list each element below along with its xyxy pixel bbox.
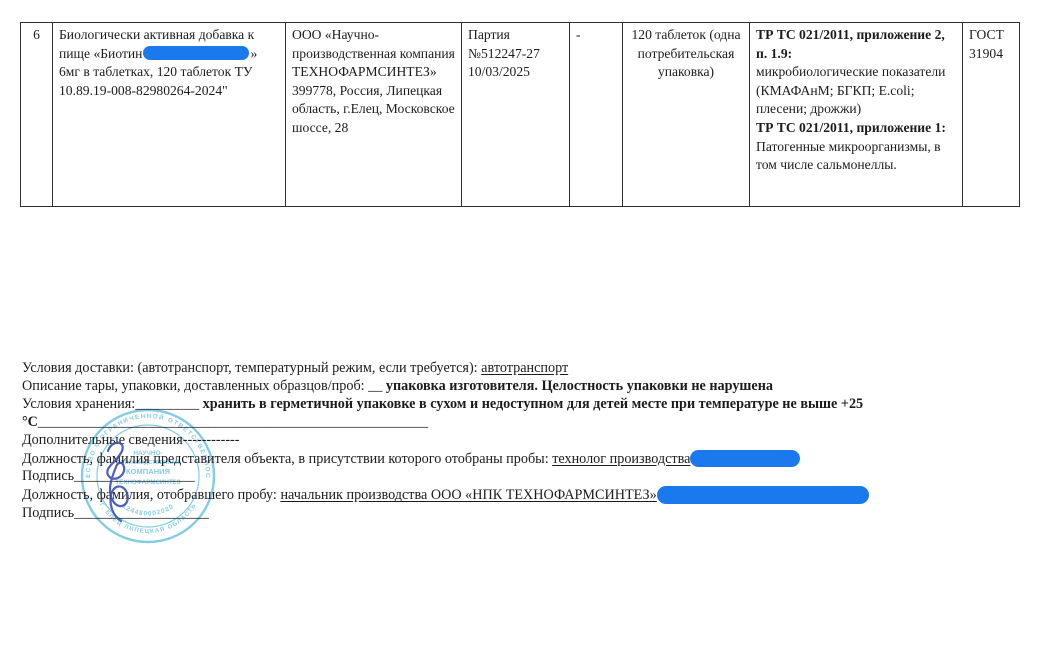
delivery-conditions-value: автотранспорт [481, 360, 568, 376]
requirement-2-body: Патогенные микроорганизмы, в том числе с… [756, 138, 956, 175]
manufacturer-cell: ООО «Научно-производственная компания ТЕ… [286, 23, 462, 207]
batch-text: Партия №512247-27 10/03/2025 [468, 27, 540, 79]
packaging-description-value: упаковка изготовителя. Целостность упако… [386, 378, 773, 394]
storage-temperature-line: °С______________________________________… [22, 414, 1032, 432]
manufacturer-text: ООО «Научно-производственная компания ТЕ… [292, 27, 455, 135]
representative-line: Должность, фамилия представителя объекта… [22, 450, 1032, 469]
delivery-conditions-line: Условия доставки: (автотранспорт, темпер… [22, 360, 1032, 378]
dash-text: - [576, 27, 581, 42]
signature-label-1: Подпись [22, 468, 74, 484]
signature-line-1: Подпись_________________ [22, 468, 1032, 486]
product-cell: Биологически активная добавка к пище «Би… [53, 23, 286, 207]
packaging-description-line: Описание тары, упаковки, доставленных об… [22, 378, 1032, 396]
storage-conditions-line: Условия хранения:_________ хранить в гер… [22, 396, 1032, 414]
delivery-conditions-label: Условия доставки: (автотранспорт, темпер… [22, 360, 481, 376]
degrees-celsius: °С [22, 414, 38, 430]
row-number-cell: 6 [21, 23, 53, 207]
redaction-box-product [143, 46, 249, 60]
storage-rule: _________ [135, 396, 199, 412]
storage-conditions-label: Условия хранения: [22, 396, 135, 412]
requirement-1-title: ТР ТС 021/2011, приложение 2, п. 1.9: [756, 26, 956, 63]
requirement-1-body: микробиологические показатели (КМАФАнМ; … [756, 63, 956, 119]
storage-conditions-value: хранить в герметичной упаковке в сухом и… [199, 396, 863, 412]
gost-text: ГОСТ 31904 [969, 27, 1004, 61]
sampler-label: Должность, фамилия, отобравшего пробу: [22, 487, 280, 503]
representative-value: технолог производства [552, 451, 690, 467]
batch-cell: Партия №512247-27 10/03/2025 [462, 23, 570, 207]
row-number: 6 [33, 27, 40, 42]
additional-info-line: Дополнительные сведения------------ [22, 432, 1032, 450]
quantity-cell: 120 таблеток (одна потребительская упако… [623, 23, 750, 207]
sampler-value: начальник производства ООО «НПК ТЕХНОФАР… [280, 487, 656, 503]
requirement-2-title: ТР ТС 021/2011, приложение 1: [756, 119, 956, 138]
requirements-cell: ТР ТС 021/2011, приложение 2, п. 1.9: ми… [750, 23, 963, 207]
redaction-box-representative [690, 450, 800, 467]
quantity-text: 120 таблеток (одна потребительская упако… [631, 27, 740, 79]
packaging-rule: __ [368, 378, 386, 394]
signature-label-2: Подпись [22, 505, 74, 521]
packaging-description-label: Описание тары, упаковки, доставленных об… [22, 378, 368, 394]
requirement-1: ТР ТС 021/2011, приложение 2, п. 1.9: ми… [756, 26, 956, 119]
dash-cell: - [570, 23, 623, 207]
requirement-2: ТР ТС 021/2011, приложение 1: Патогенные… [756, 119, 956, 175]
handwritten-signature [94, 437, 146, 527]
redaction-box-sampler [657, 486, 869, 504]
temperature-rule: ________________________________________… [38, 414, 428, 430]
table-row: 6 Биологически активная добавка к пище «… [21, 23, 1020, 207]
sample-table: 6 Биологически активная добавка к пище «… [20, 22, 1020, 207]
signature-line-2: Подпись___________________ [22, 505, 1032, 523]
details-section: Условия доставки: (автотранспорт, темпер… [22, 360, 1032, 523]
sampler-line: Должность, фамилия, отобравшего пробу: н… [22, 486, 1032, 505]
gost-cell: ГОСТ 31904 [963, 23, 1020, 207]
